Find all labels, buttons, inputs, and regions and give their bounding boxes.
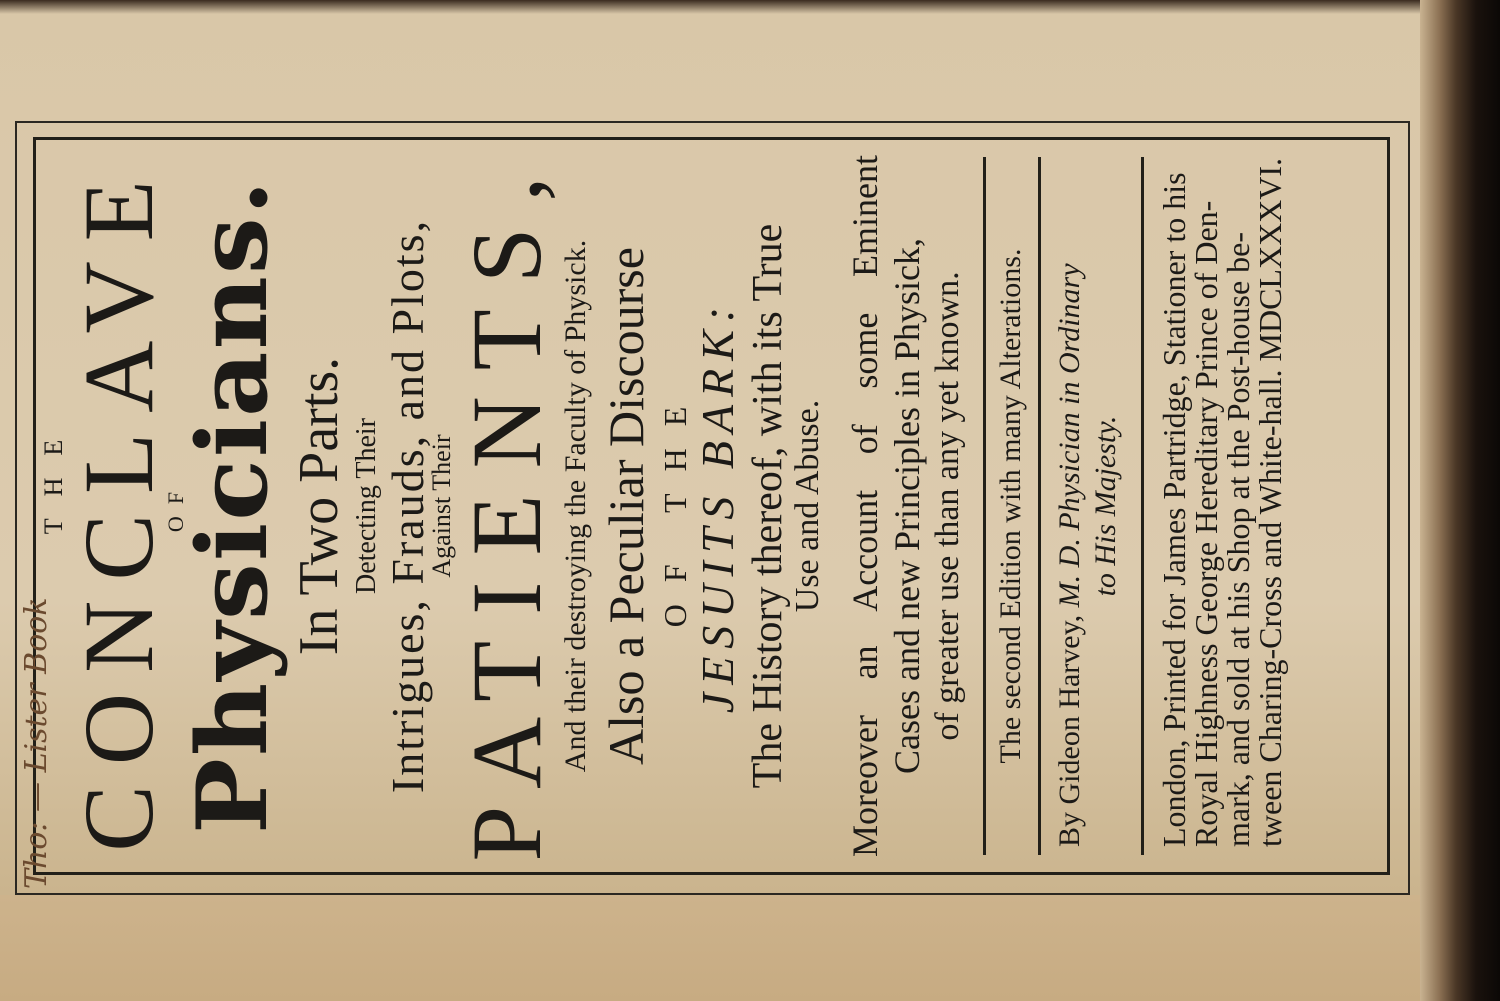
imprint-line: Royal Highness George Hereditary Prince … <box>1190 145 1222 847</box>
patients-heading: PATIENTS, <box>457 145 557 867</box>
cases-line: Cases and new Principles in Physick, <box>889 145 925 867</box>
book-binding-edge <box>1420 0 1500 1001</box>
jesuits-bark: JESUITS BARK: <box>695 145 741 867</box>
faculty-line: And their destroying the Faculty of Phys… <box>561 145 591 867</box>
title-physicians: Physicians. <box>185 127 281 885</box>
detecting-their: Detecting Their <box>353 145 381 867</box>
edition-note: The second Edition with many Alterations… <box>996 145 1026 867</box>
page-top-shadow <box>0 0 1430 14</box>
divider-rule <box>983 157 986 855</box>
use-abuse-line: Use and Abuse. <box>791 145 825 867</box>
author-title: M. D. Physician in Ordinary <box>1053 263 1086 607</box>
title-page: Tho: — Lister Book THE CONCLAVE OF Physi… <box>15 115 1420 895</box>
divider-rule <box>1038 157 1041 855</box>
moreover-line: Moreover an Account of some Eminent <box>847 145 883 867</box>
history-line: The History thereof, with its True <box>747 145 789 867</box>
greater-use-line: of greater use than any yet known. <box>931 145 965 867</box>
author-name: By Gideon Harvey, <box>1053 615 1086 847</box>
title-conclave: CONCLAVE <box>69 145 169 867</box>
title-content: THE CONCLAVE OF Physicians. In Two Parts… <box>33 145 1390 867</box>
divider-rule <box>1141 157 1144 855</box>
discourse-line: Also a Peculiar Discourse <box>601 145 651 867</box>
imprint-line: mark, and sold at his Shop at the Post-h… <box>1222 145 1254 847</box>
photo-background: Tho: — Lister Book THE CONCLAVE OF Physi… <box>0 0 1500 1001</box>
imprint-block: London, Printed for James Partridge, Sta… <box>1158 145 1286 867</box>
imprint-line: tween Charing-Cross and White-hall. MDCL… <box>1254 145 1286 847</box>
facing-page <box>0 895 1430 1001</box>
author-majesty: to His Majesty. <box>1091 145 1121 867</box>
of-the-line: OF THE <box>659 145 691 867</box>
in-two-parts: In Two Parts. <box>291 145 347 867</box>
author-line: By Gideon Harvey, M. D. Physician in Ord… <box>1055 145 1085 867</box>
imprint-line: London, Printed for James Partridge, Sta… <box>1158 145 1190 847</box>
intrigues-line: Intrigues, Frauds, and Plots, <box>385 145 431 867</box>
